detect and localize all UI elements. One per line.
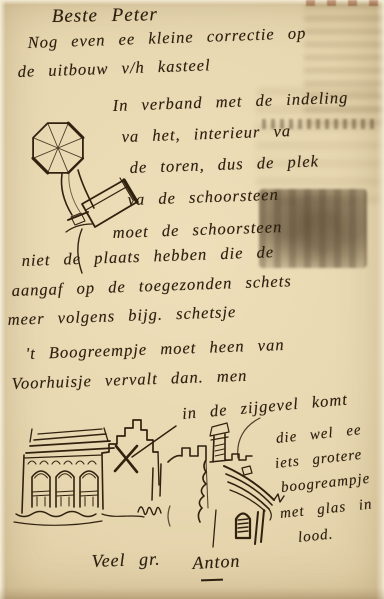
letter-line: va het, interieur va <box>121 121 291 147</box>
letter-line: 't Boogreempje moet heen van <box>25 335 285 364</box>
letter-line: de uitbouw v/h kasteel <box>17 55 211 82</box>
salutation: Beste Peter <box>52 4 158 28</box>
handwritten-letter-photo: Beste Peter Nog even ee kleine correctie… <box>0 0 384 599</box>
letter-line: va de schoorsteen <box>127 185 279 210</box>
arched-building-sketch <box>4 410 179 535</box>
paper-edge-top <box>0 0 384 5</box>
letter-line: In verband met de indeling <box>112 88 348 116</box>
letter-line: Voorhuisje vervalt dan. men <box>11 366 247 394</box>
paper-edge-right <box>376 0 384 599</box>
closing: Veel gr. <box>91 549 161 572</box>
letter-line: meer volgens bijg. schetsje <box>7 302 236 330</box>
letter-line: lood. <box>297 526 334 547</box>
signature-underline <box>201 579 223 582</box>
letter-line: de toren, dus de plek <box>129 151 319 178</box>
paper-edge-bottom <box>0 587 384 599</box>
red-edge-marks <box>306 0 382 6</box>
letter-line: Nog even ee kleine correctie op <box>27 23 306 53</box>
signature: Anton <box>192 551 241 574</box>
